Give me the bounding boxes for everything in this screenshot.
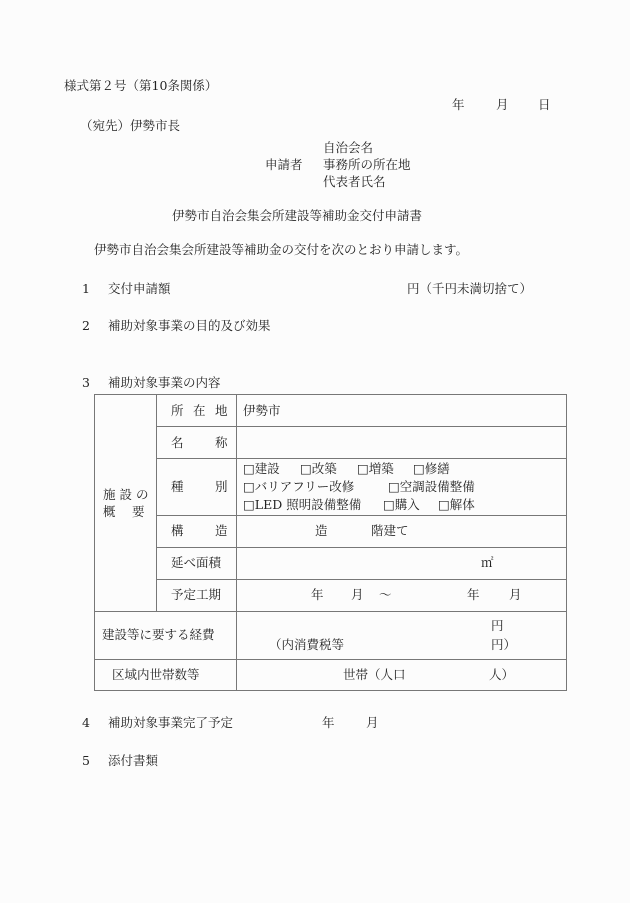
tax-label: （内消費税等 bbox=[269, 639, 344, 652]
applicant-field-association: 自治会名 bbox=[323, 142, 373, 155]
section-1-number: 1 bbox=[82, 283, 90, 296]
type-option-purchase[interactable]: □購入 bbox=[383, 499, 420, 512]
schedule-tilde: ～ bbox=[379, 589, 392, 602]
type-option-rebuild[interactable]: □改築 bbox=[300, 463, 337, 476]
schedule-label: 予定工期 bbox=[171, 589, 221, 602]
facility-overview-label-line2: 概 要 bbox=[103, 506, 144, 519]
name-label-b: 称 bbox=[215, 437, 228, 450]
type-option-air-conditioning[interactable]: □空調設備整備 bbox=[388, 481, 475, 494]
form-number: 様式第２号（第10条関係） bbox=[64, 80, 217, 93]
applicant-label: 申請者 bbox=[265, 159, 303, 172]
population-unit: 人） bbox=[489, 669, 514, 682]
section-4-number: 4 bbox=[82, 717, 90, 730]
document-title: 伊勢市自治会集会所建設等補助金交付申請書 bbox=[172, 210, 422, 223]
addressee: （宛先）伊勢市長 bbox=[80, 120, 180, 133]
floor-area-unit: ㎡ bbox=[481, 557, 494, 570]
section-2-label: 補助対象事業の目的及び効果 bbox=[108, 320, 271, 333]
section-4-year: 年 bbox=[322, 717, 335, 730]
facility-overview-label-line1: 施 設 の bbox=[103, 489, 148, 502]
schedule-end-year: 年 bbox=[467, 589, 480, 602]
section-4-label: 補助対象事業完了予定 bbox=[108, 717, 233, 730]
section-1-suffix: 円（千円未満切捨て） bbox=[407, 283, 532, 296]
applicant-field-address: 事務所の所在地 bbox=[323, 159, 411, 172]
facility-name-field[interactable] bbox=[243, 437, 553, 451]
section-1-label: 交付申請額 bbox=[108, 283, 171, 296]
project-content-table: 施 設 の 概 要 所 在 地 伊勢市 名 称 種 別 □建設 □改築 □増築 … bbox=[94, 394, 567, 691]
cost-label: 建設等に要する経費 bbox=[102, 629, 215, 642]
name-label-a: 名 bbox=[171, 437, 184, 450]
type-option-demolition[interactable]: □解体 bbox=[438, 499, 475, 512]
date-day-label: 日 bbox=[538, 99, 551, 112]
intro-text: 伊勢市自治会集会所建設等補助金の交付を次のとおり申請します。 bbox=[94, 244, 468, 257]
section-4-month: 月 bbox=[366, 717, 379, 730]
schedule-end-month: 月 bbox=[509, 589, 522, 602]
date-year-label: 年 bbox=[452, 99, 465, 112]
type-option-extension[interactable]: □増築 bbox=[357, 463, 394, 476]
structure-label-a: 構 bbox=[171, 525, 184, 538]
structure-label-b: 造 bbox=[215, 525, 228, 538]
section-2-number: 2 bbox=[82, 320, 90, 333]
type-option-barrier-free[interactable]: □バリアフリー改修 bbox=[243, 481, 354, 494]
section-5-label: 添付書類 bbox=[108, 755, 158, 768]
schedule-start-month: 月 bbox=[351, 589, 364, 602]
floors-unit: 階建て bbox=[371, 525, 409, 538]
type-label-b: 別 bbox=[215, 481, 228, 494]
location-label-c: 地 bbox=[215, 405, 228, 418]
location-label-b: 在 bbox=[193, 405, 206, 418]
applicant-field-representative: 代表者氏名 bbox=[323, 176, 386, 189]
section-5-number: 5 bbox=[82, 755, 90, 768]
structure-unit: 造 bbox=[315, 525, 328, 538]
households-unit: 世帯（人口 bbox=[343, 669, 406, 682]
type-option-repair[interactable]: □修繕 bbox=[413, 463, 450, 476]
location-label-a: 所 bbox=[171, 405, 184, 418]
tax-unit: 円） bbox=[491, 639, 516, 652]
type-label-a: 種 bbox=[171, 481, 184, 494]
type-option-led-lighting[interactable]: □LED 照明設備整備 bbox=[243, 499, 361, 512]
section-3-number: 3 bbox=[82, 377, 90, 390]
cost-unit: 円 bbox=[491, 620, 504, 633]
households-label: 区域内世帯数等 bbox=[112, 669, 200, 682]
date-month-label: 月 bbox=[496, 99, 509, 112]
floor-area-label: 延べ面積 bbox=[171, 557, 221, 570]
location-value[interactable]: 伊勢市 bbox=[243, 405, 281, 418]
schedule-start-year: 年 bbox=[311, 589, 324, 602]
section-3-label: 補助対象事業の内容 bbox=[108, 377, 221, 390]
type-option-new-construction[interactable]: □建設 bbox=[243, 463, 280, 476]
